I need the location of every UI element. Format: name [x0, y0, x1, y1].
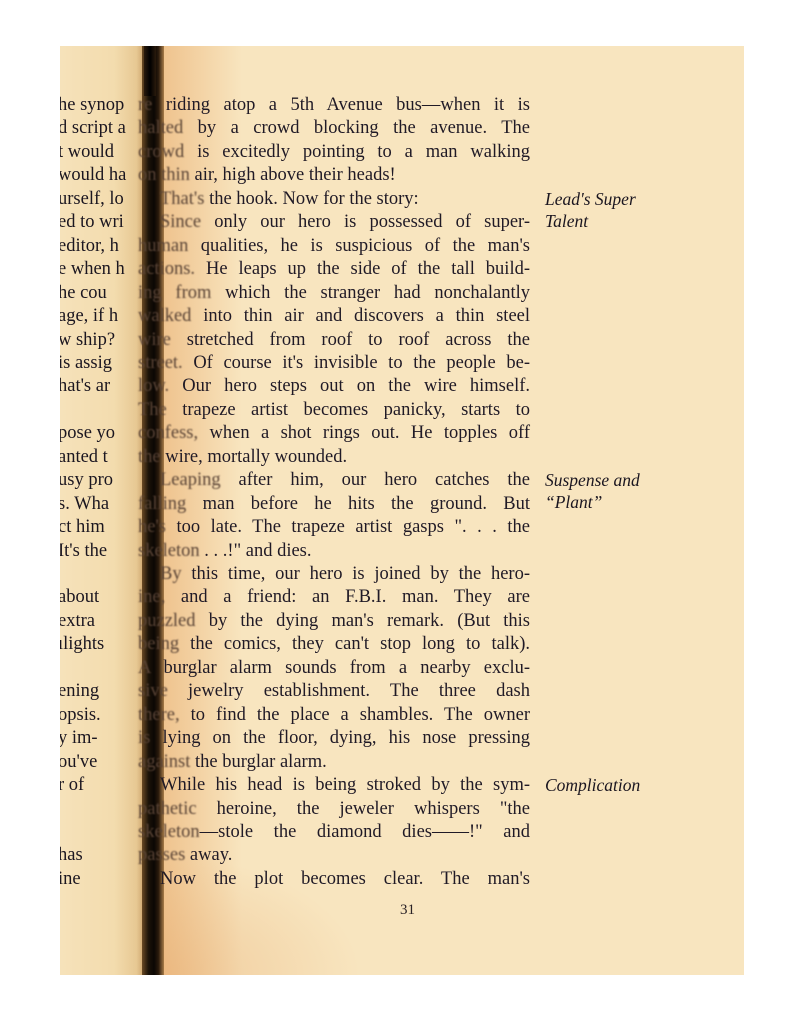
- gutter-blurred-text: The: [138, 400, 167, 420]
- text-line: on thin air, high above their heads!: [138, 164, 530, 186]
- text-line: the wire, mortally wounded.: [138, 446, 530, 468]
- left-page-line: extra: [60, 610, 95, 632]
- left-page-line: It's the: [60, 540, 107, 562]
- text-line: ine, and a friend: an F.B.I. man. They a…: [138, 586, 530, 608]
- margin-note-line: Lead's Super: [545, 188, 636, 210]
- left-page-line: age, if h: [60, 305, 118, 327]
- line-text: to find the place a shambles. The owner: [180, 705, 530, 725]
- line-text: is excitedly pointing to a man walking: [184, 142, 530, 162]
- text-line: there, to find the place a shambles. The…: [138, 704, 530, 726]
- gutter-blurred-text: By: [160, 564, 182, 584]
- left-page-line: ct him: [60, 516, 105, 538]
- left-page-line: ening: [60, 680, 99, 702]
- text-line: skeleton—stole the diamond dies——!" and: [138, 821, 530, 843]
- left-page-line: has: [60, 844, 83, 866]
- margin-note-line: Complication: [545, 774, 640, 796]
- gutter-blurred-text: low.: [138, 376, 169, 396]
- line-text: burglar alarm sounds from a nearby exclu…: [150, 658, 530, 678]
- gutter-blurred-text: he's: [138, 517, 166, 537]
- text-line: Since only our hero is possessed of supe…: [160, 211, 530, 233]
- text-line: sive jewelry establishment. The three da…: [138, 680, 530, 702]
- text-line: falling man before he hits the ground. B…: [138, 493, 530, 515]
- line-text: and a friend: an F.B.I. man. They are: [165, 587, 530, 607]
- gutter-blurred-text: re: [138, 95, 152, 115]
- gutter-blurred-text: crowd: [138, 142, 184, 162]
- gutter-blurred-text: halted: [138, 118, 183, 138]
- left-page-line: is assig: [60, 352, 112, 374]
- line-text: air, high above their heads!: [190, 165, 396, 185]
- gutter-blurred-text: being: [138, 634, 179, 654]
- text-line: Now the plot becomes clear. The man's: [160, 868, 530, 890]
- left-page-line: s. Wha: [60, 493, 109, 515]
- gutter-blurred-text: there,: [138, 705, 180, 725]
- gutter-blurred-text: passes: [138, 845, 185, 865]
- gutter-blurred-text: ine,: [138, 587, 165, 607]
- left-page-line: ou've: [60, 751, 97, 773]
- page-number: 31: [400, 902, 415, 919]
- text-line: While his head is being stroked by the s…: [160, 774, 530, 796]
- gutter-blurred-text: sive: [138, 681, 168, 701]
- line-text: trapeze artist becomes panicky, starts t…: [167, 400, 530, 420]
- text-line: being the comics, they can't stop long t…: [138, 633, 530, 655]
- gutter-blurred-text: That's: [160, 189, 204, 209]
- line-text: . . .!" and dies.: [200, 541, 312, 561]
- text-line: against the burglar alarm.: [138, 751, 530, 773]
- left-page-line: urself, lo: [60, 188, 124, 210]
- line-text: the comics, they can't stop long to talk…: [179, 634, 530, 654]
- line-text: only our hero is possessed of super-: [201, 212, 530, 232]
- text-line: The trapeze artist becomes panicky, star…: [138, 399, 530, 421]
- line-text: Our hero steps out on the wire himself.: [169, 376, 530, 396]
- left-page-line: d script a: [60, 117, 126, 139]
- left-page-line: pose yo: [60, 422, 115, 444]
- text-line: low. Our hero steps out on the wire hims…: [138, 375, 530, 397]
- margin-note: Suspense and“Plant”: [545, 469, 640, 513]
- left-page: he synopd script at wouldwould haurself,…: [60, 46, 150, 975]
- left-page-line: he cou: [60, 282, 107, 304]
- line-text: by a crowd blocking the avenue. The: [183, 118, 530, 138]
- line-text: —stole the diamond dies——!" and: [200, 822, 530, 842]
- left-page-line: anted t: [60, 446, 108, 468]
- line-text: which the stranger had nonchalantly: [211, 283, 530, 303]
- gutter-blurred-text: against: [138, 752, 190, 772]
- gutter-blurred-text: wire: [138, 330, 171, 350]
- line-text: by the dying man's remark. (But this: [196, 611, 530, 631]
- margin-note: Complication: [545, 774, 640, 796]
- text-line: confess, when a shot rings out. He toppl…: [138, 422, 530, 444]
- text-line: is lying on the floor, dying, his nose p…: [138, 727, 530, 749]
- line-text: jewelry establishment. The three dash: [168, 681, 530, 701]
- left-page-line: about: [60, 586, 99, 608]
- left-page-line: e when h: [60, 258, 125, 280]
- text-line: By this time, our hero is joined by the …: [160, 563, 530, 585]
- line-text: wire, mortally wounded.: [161, 447, 348, 467]
- text-line: he's too late. The trapeze artist gasps …: [138, 516, 530, 538]
- text-line: wire stretched from roof to roof across …: [138, 329, 530, 351]
- margin-note: Lead's SuperTalent: [545, 188, 636, 232]
- text-line: street. Of course it's invisible to the …: [138, 352, 530, 374]
- line-text: man before he hits the ground. But: [186, 494, 530, 514]
- line-text: stretched from roof to roof across the: [171, 330, 530, 350]
- line-text: the burglar alarm.: [190, 752, 326, 772]
- gutter-blurred-text: skeleton: [138, 822, 200, 842]
- line-text: heroine, the jeweler whispers "the: [197, 799, 530, 819]
- gutter-blurred-text: on thin: [138, 165, 190, 185]
- right-page-text: re riding atop a 5th Avenue bus—when it …: [138, 46, 608, 975]
- text-line: passes away.: [138, 844, 530, 866]
- line-text: qualities, he is suspicious of the man's: [188, 236, 530, 256]
- left-page-line: editor, h: [60, 235, 119, 257]
- left-page-line: t would: [60, 141, 114, 163]
- line-text: when a shot rings out. He topples off: [198, 423, 530, 443]
- gutter-blurred-text: skeleton: [138, 541, 200, 561]
- line-text: after him, our hero catches the: [221, 470, 530, 490]
- gutter-blurred-text: is: [138, 728, 150, 748]
- gutter-blurred-text: confess,: [138, 423, 198, 443]
- left-page-line: would ha: [60, 164, 126, 186]
- text-line: Leaping after him, our hero catches the: [160, 469, 530, 491]
- line-text: He leaps up the side of the tall build-: [195, 259, 530, 279]
- left-page-line: opsis.: [60, 704, 101, 726]
- margin-note-line: “Plant”: [545, 491, 640, 513]
- left-page-line: ine: [60, 868, 81, 890]
- left-page-line: w ship?: [60, 329, 115, 351]
- text-line: That's the hook. Now for the story:: [160, 188, 530, 210]
- left-page-line: r of: [60, 774, 84, 796]
- left-page-text: he synopd script at wouldwould haurself,…: [60, 46, 150, 975]
- gutter-blurred-text: ing from: [138, 283, 211, 303]
- line-text: Of course it's invisible to the people b…: [183, 353, 530, 373]
- left-page-line: usy pro: [60, 469, 113, 491]
- text-line: puzzled by the dying man's remark. (But …: [138, 610, 530, 632]
- line-text: riding atop a 5th Avenue bus—when it is: [152, 95, 530, 115]
- gutter-blurred-text: actions.: [138, 259, 195, 279]
- text-line: halted by a crowd blocking the avenue. T…: [138, 117, 530, 139]
- text-line: walked into thin air and discovers a thi…: [138, 305, 530, 327]
- text-line: re riding atop a 5th Avenue bus—when it …: [138, 94, 530, 116]
- left-page-line: ed to wri: [60, 211, 124, 233]
- text-line: actions. He leaps up the side of the tal…: [138, 258, 530, 280]
- line-text: Now the plot becomes clear. The man's: [160, 869, 530, 889]
- margin-note-line: Talent: [545, 210, 636, 232]
- left-page-line: hat's ar: [60, 375, 110, 397]
- gutter-blurred-text: falling: [138, 494, 186, 514]
- gutter-blurred-text: Since: [160, 212, 201, 232]
- text-line: pathetic heroine, the jeweler whispers "…: [138, 798, 530, 820]
- gutter-blurred-text: A: [138, 658, 150, 678]
- gutter-blurred-text: human: [138, 236, 188, 256]
- margin-note-line: Suspense and: [545, 469, 640, 491]
- line-text: away.: [185, 845, 232, 865]
- left-page-line: ılights: [60, 633, 104, 655]
- line-text: the hook. Now for the story:: [204, 189, 418, 209]
- text-line: skeleton . . .!" and dies.: [138, 540, 530, 562]
- gutter-blurred-text: Leaping: [160, 470, 221, 490]
- gutter-blurred-text: the: [138, 447, 161, 467]
- line-text: into thin air and discovers a thin steel: [191, 306, 530, 326]
- line-text: While his head is being stroked by the s…: [160, 775, 530, 795]
- text-line: crowd is excitedly pointing to a man wal…: [138, 141, 530, 163]
- gutter-blurred-text: puzzled: [138, 611, 196, 631]
- text-line: ing from which the stranger had nonchala…: [138, 282, 530, 304]
- gutter-blurred-text: pathetic: [138, 799, 197, 819]
- text-line: A burglar alarm sounds from a nearby exc…: [138, 657, 530, 679]
- line-text: lying on the floor, dying, his nose pres…: [150, 728, 530, 748]
- left-page-line: he synop: [60, 94, 124, 116]
- gutter-blurred-text: street.: [138, 353, 183, 373]
- left-page-line: y im-: [60, 727, 98, 749]
- text-line: human qualities, he is suspicious of the…: [138, 235, 530, 257]
- line-text: too late. The trapeze artist gasps ". . …: [166, 517, 530, 537]
- book-scan: he synopd script at wouldwould haurself,…: [60, 46, 744, 975]
- line-text: this time, our hero is joined by the her…: [182, 564, 530, 584]
- gutter-blurred-text: walked: [138, 306, 191, 326]
